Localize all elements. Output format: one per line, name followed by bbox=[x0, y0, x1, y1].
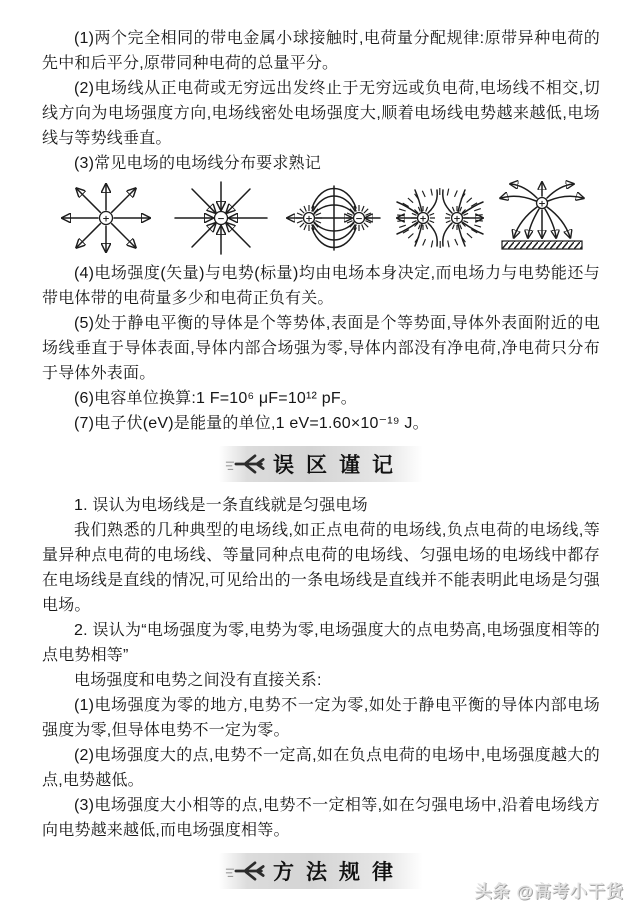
header-band: 误区谨记 bbox=[219, 446, 423, 482]
misconception-2-point-1: (1)电场强度为零的地方,电势不一定为零,如处于静电平衡的导体内部电场强度为零,… bbox=[42, 693, 600, 743]
misconception-2-intro: 电场强度和电势之间没有直接关系: bbox=[42, 668, 600, 693]
note-7: (7)电子伏(eV)是能量的单位,1 eV=1.60×10⁻¹⁹ J。 bbox=[42, 411, 600, 436]
left-charge-symbol: + bbox=[419, 214, 427, 224]
document-page: { "notes": { "p1": "(1)两个完全相同的带电金属小球接触时,… bbox=[0, 0, 640, 908]
misconception-2-point-3: (3)电场强度大小相等的点,电势不一定相等,如在匀强电场中,沿着电场线方向电势越… bbox=[42, 793, 600, 843]
note-4: (4)电场强度(矢量)与电势(标量)均由电场本身决定,而电场力与电势能还与带电体… bbox=[42, 261, 600, 311]
field-line-diagrams: + − bbox=[42, 177, 600, 259]
header-band: 方法规律 bbox=[219, 853, 423, 889]
positive-point-charge-icon: + bbox=[54, 179, 158, 257]
misconception-2-title: 2. 误认为“电场强度为零,电势为零,电场强度大的点电势高,电场强度相等的点电势… bbox=[42, 618, 600, 668]
note-5: (5)处于静电平衡的导体是个等势体,表面是个等势面,导体外表面附近的电场线垂直于… bbox=[42, 311, 600, 386]
misconception-1-title: 1. 误认为电场线是一条直线就是匀强电场 bbox=[42, 493, 600, 518]
equal-opposite-charges-icon: + − bbox=[284, 179, 384, 257]
section-header-misconceptions: 误区谨记 bbox=[42, 447, 600, 481]
right-charge-symbol: − bbox=[355, 214, 363, 224]
misconception-1-body: 我们熟悉的几种典型的电场线,如正点电荷的电场线,负点电荷的电场线,等量异种点电荷… bbox=[42, 518, 600, 618]
field-lines bbox=[288, 186, 380, 250]
note-1: (1)两个完全相同的带电金属小球接触时,电荷量分配规律:原带异种电荷的先中和后平… bbox=[42, 26, 600, 76]
charge-symbol: + bbox=[538, 199, 546, 209]
section-title: 方法规律 bbox=[273, 856, 405, 886]
negative-point-charge-icon: − bbox=[166, 179, 276, 257]
airplane-icon bbox=[225, 859, 265, 883]
airplane-icon bbox=[225, 452, 265, 476]
charge-above-plate-icon: + bbox=[496, 179, 588, 257]
charge-symbol: + bbox=[102, 215, 110, 225]
section-title: 误区谨记 bbox=[273, 449, 405, 479]
equal-like-charges-icon: + + bbox=[392, 179, 488, 257]
note-6: (6)电容单位换算:1 F=10⁶ μF=10¹² pF。 bbox=[42, 386, 600, 411]
note-2: (2)电场线从正电荷或无穷远出发终止于无穷远或负电荷,电场线不相交,切线方向为电… bbox=[42, 76, 600, 151]
charge-symbol: − bbox=[217, 215, 225, 225]
document-content: (1)两个完全相同的带电金属小球接触时,电荷量分配规律:原带异种电荷的先中和后平… bbox=[0, 0, 640, 888]
right-charge-symbol: + bbox=[453, 214, 461, 224]
field-lines bbox=[397, 190, 483, 246]
misconception-2-point-2: (2)电场强度大的点,电势不一定高,如在负点电荷的电场中,电场强度越大的点,电势… bbox=[42, 743, 600, 793]
field-lines bbox=[501, 183, 583, 237]
conducting-plate bbox=[502, 241, 582, 249]
watermark: 头条 @高考小干货 bbox=[475, 877, 624, 902]
note-3: (3)常见电场的电场线分布要求熟记 bbox=[42, 151, 600, 176]
left-charge-symbol: + bbox=[305, 214, 313, 224]
